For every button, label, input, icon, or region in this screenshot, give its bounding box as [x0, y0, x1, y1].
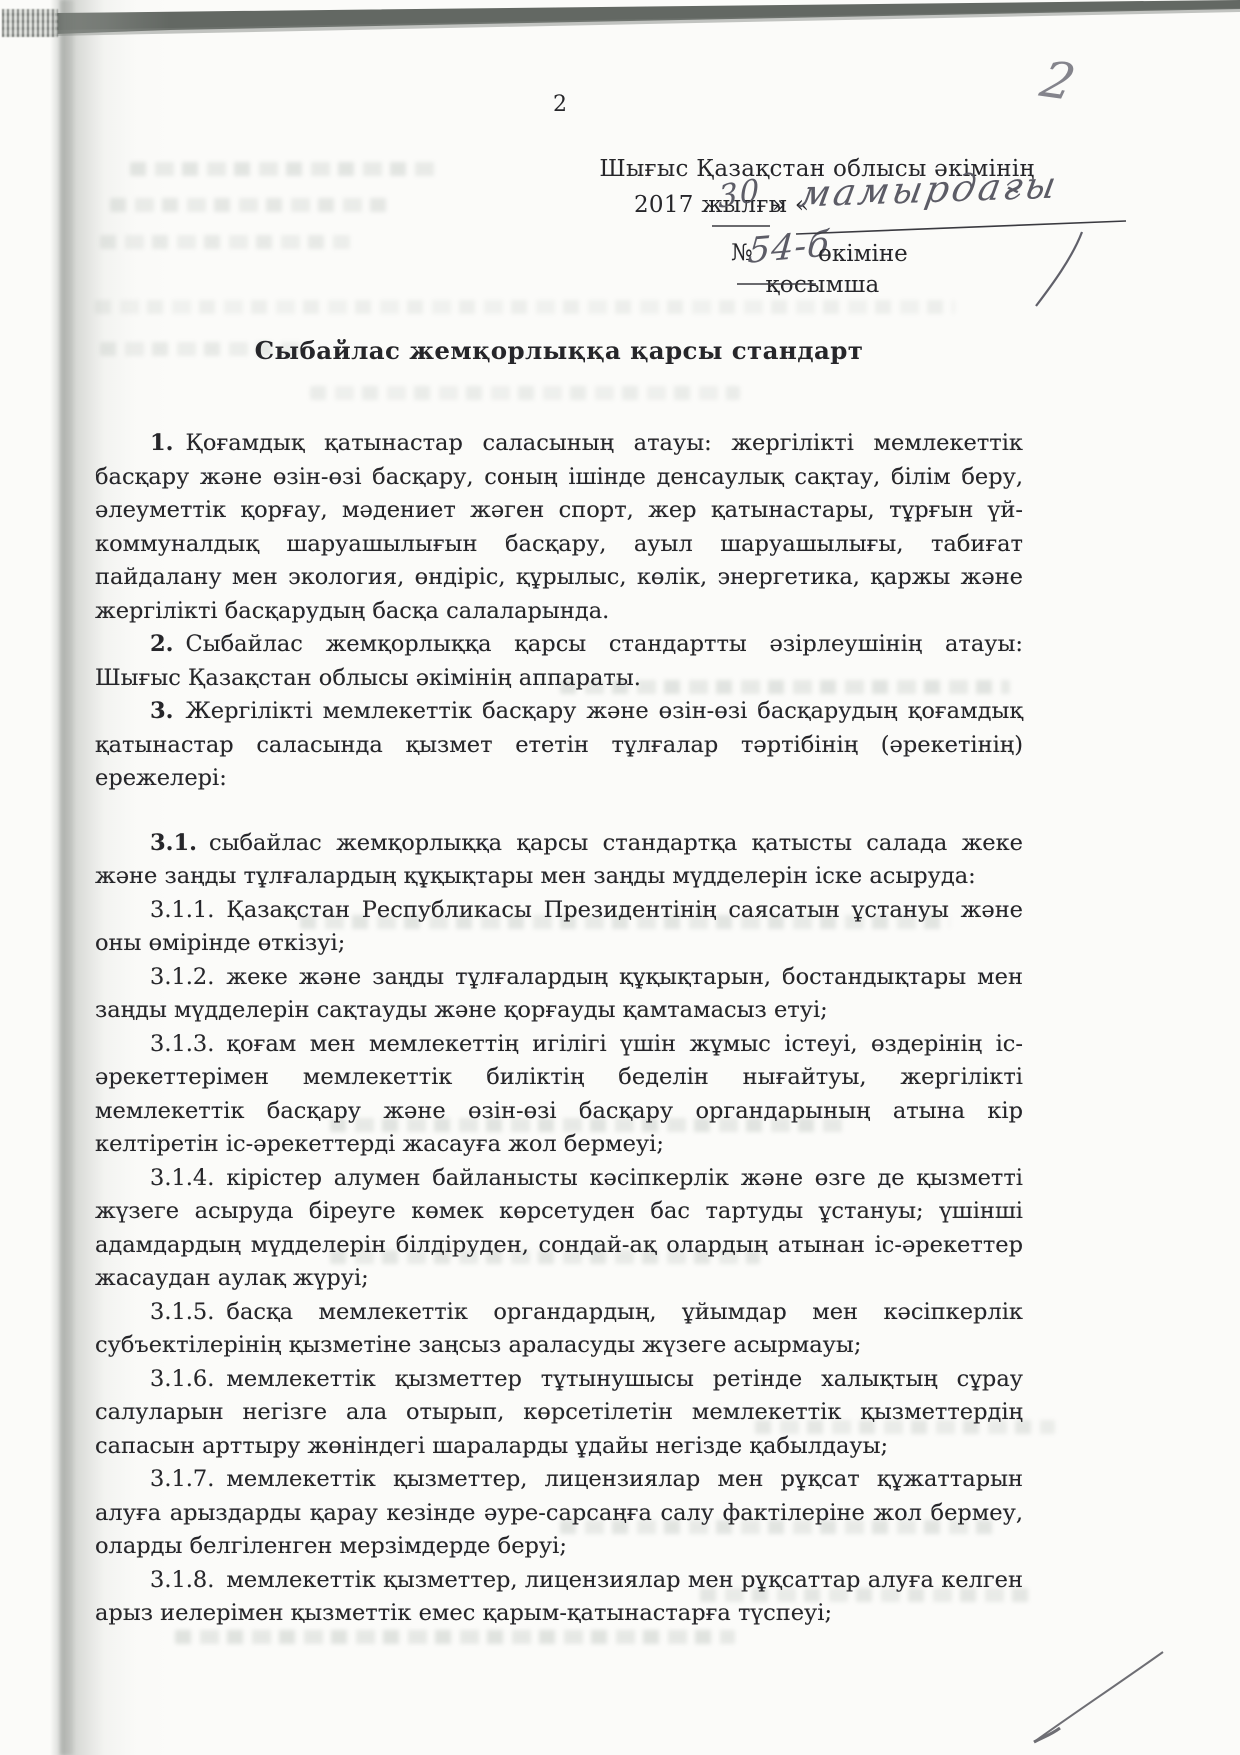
paragraph-number: 3.1.	[150, 830, 197, 856]
bleed-through-text	[175, 1630, 735, 1644]
paragraph-text: Сыбайлас жемқорлыққа қарсы стандартты әз…	[95, 631, 1023, 691]
handwritten-day: 30	[718, 172, 762, 216]
paragraph-number: 3.1.4.	[150, 1165, 214, 1191]
document-title: Сыбайлас жемқорлыққа қарсы стандарт	[95, 336, 1023, 365]
scanned-document-page: 2 2 Шығыс Қазақстан облысы әкімінің 2017…	[0, 0, 1240, 1755]
paragraph-number: 3.1.6.	[150, 1366, 214, 1392]
paragraph-1: 1.Қоғамдық қатынастар саласының атауы: ж…	[95, 427, 1023, 628]
approval-close-quote: »	[772, 192, 786, 218]
approval-appendix-word: қосымша	[700, 272, 945, 298]
paragraph-2: 2.Сыбайлас жемқорлыққа қарсы стандартты …	[95, 628, 1023, 695]
paragraph-number: 3.1.7.	[150, 1466, 214, 1492]
paragraph-text: мемлекеттік қызметтер, лицензиялар мен р…	[95, 1567, 1023, 1627]
paragraph-number: 3.1.3.	[150, 1031, 214, 1057]
paragraph-3-1-6: 3.1.6.мемлекеттік қызметтер тұтынушысы р…	[95, 1363, 1023, 1464]
paragraph-number: 3.1.5.	[150, 1299, 214, 1325]
paragraph-number: 3.1.2.	[150, 964, 214, 990]
paragraph-3-1-1: 3.1.1.Қазақстан Республикасы Президентін…	[95, 894, 1023, 961]
paragraph-text: басқа мемлекеттік органдардың, ұйымдар м…	[95, 1299, 1023, 1359]
paragraph-3-1-4: 3.1.4.кірістер алумен байланысты кәсіпке…	[95, 1162, 1023, 1296]
bleed-through-text	[95, 300, 955, 314]
paragraph-text: Қоғамдық қатынастар саласының атауы: жер…	[95, 430, 1023, 624]
paragraph-text: мемлекеттік қызметтер, лицензиялар мен р…	[95, 1466, 1023, 1559]
bleed-through-text	[130, 162, 440, 176]
paragraph-text: жеке және заңды тұлғалардың құқықтарын, …	[95, 964, 1023, 1024]
paragraph-number: 3.1.1.	[150, 897, 214, 923]
paragraph-text: кірістер алумен байланысты кәсіпкерлік ж…	[95, 1165, 1023, 1292]
printed-page-number: 2	[540, 92, 580, 117]
paragraph-3-1-8: 3.1.8.мемлекеттік қызметтер, лицензиялар…	[95, 1564, 1023, 1631]
paragraph-text: Қазақстан Республикасы Президентінің сая…	[95, 897, 1023, 957]
paragraph-3-1-7: 3.1.7.мемлекеттік қызметтер, лицензиялар…	[95, 1463, 1023, 1564]
paragraph-3-1-3: 3.1.3.қоғам мен мемлекеттің игілігі үшін…	[95, 1028, 1023, 1162]
bleed-through-text	[110, 198, 390, 212]
bleed-through-text	[100, 235, 350, 249]
paragraph-3-1: 3.1.сыбайлас жемқорлыққа қарсы стандартқ…	[95, 827, 1023, 894]
paragraph-text: Жергілікті мемлекеттік басқару және өзін…	[95, 698, 1023, 791]
document-body: 1.Қоғамдық қатынастар саласының атауы: ж…	[95, 427, 1023, 1631]
paragraph-number: 3.	[150, 698, 174, 724]
paragraph-3-1-5: 3.1.5.басқа мемлекеттік органдардың, ұйы…	[95, 1296, 1023, 1363]
paragraph-text: сыбайлас жемқорлыққа қарсы стандартқа қа…	[95, 830, 1023, 890]
paragraph-3: 3.Жергілікті мемлекеттік басқару және өз…	[95, 695, 1023, 796]
paragraph-text: мемлекеттік қызметтер тұтынушысы ретінде…	[95, 1366, 1023, 1459]
paragraph-text: қоғам мен мемлекеттің игілігі үшін жұмыс…	[95, 1031, 1023, 1158]
handwritten-month: мамырдағы	[796, 163, 1062, 215]
scan-left-shadow-core	[60, 0, 74, 1755]
paragraph-3-1-2: 3.1.2.жеке және заңды тұлғалардың құқықт…	[95, 961, 1023, 1028]
paragraph-number: 2.	[150, 631, 174, 657]
paragraph-number: 1.	[150, 430, 174, 456]
paragraph-number: 3.1.8.	[150, 1567, 214, 1593]
bleed-through-text	[310, 386, 740, 400]
approval-decree-word: өкіміне	[818, 241, 908, 267]
